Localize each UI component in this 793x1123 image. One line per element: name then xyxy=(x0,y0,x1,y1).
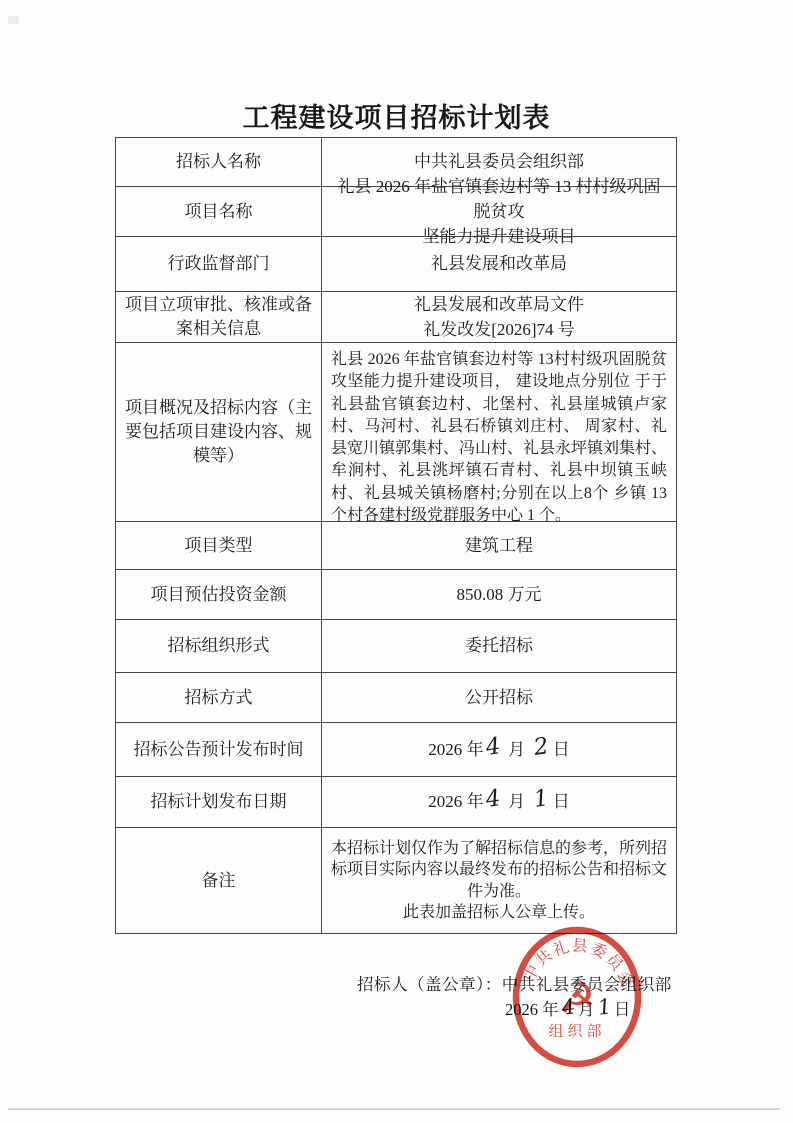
row-value: 850.08 万元 xyxy=(322,570,676,619)
row-label: 项目类型 xyxy=(116,522,322,569)
remarks-paragraph: 本招标计划仅作为了解招标信息的参考，所列招标项目实际内容以最终发布的招标公告和招… xyxy=(330,838,668,903)
row-label: 招标人名称 xyxy=(116,138,322,186)
value-line: 礼县 2026 年盐官镇套边村等 13 村村级巩固脱贫攻 xyxy=(330,174,668,224)
scan-edge-line xyxy=(8,1108,780,1110)
table-row-investment: 项目预估投资金额 850.08 万元 xyxy=(116,570,676,620)
row-value: 礼县发展和改革局 xyxy=(322,237,676,291)
date-month-unit: 月 xyxy=(508,740,525,759)
handwritten-day: 2 xyxy=(533,736,550,758)
row-label: 备注 xyxy=(116,828,322,933)
table-row-overview: 项目概况及招标内容（主要包括项目建设内容、规模等） 礼县 2026 年盐官镇套边… xyxy=(116,343,676,522)
row-label: 招标组织形式 xyxy=(116,620,322,672)
table-row-bid-method: 招标方式 公开招标 xyxy=(116,673,676,723)
row-label: 项目概况及招标内容（主要包括项目建设内容、规模等） xyxy=(116,343,322,521)
row-label: 行政监督部门 xyxy=(116,237,322,291)
handwritten-month: 4 xyxy=(485,788,502,810)
row-value: 礼县发展和改革局文件 礼发改发[2026]74 号 xyxy=(322,292,676,342)
row-value: 建筑工程 xyxy=(322,522,676,569)
remarks-paragraph: 此表加盖招标人公章上传。 xyxy=(403,902,595,924)
table-row-remarks: 备注 本招标计划仅作为了解招标信息的参考，所列招标项目实际内容以最终发布的招标公… xyxy=(116,828,676,933)
table-row-plan-date: 招标计划发布日期 2026 年4月1日 xyxy=(116,777,676,828)
row-value: 2026 年4月2日 xyxy=(322,723,676,776)
row-value: 礼县 2026 年盐官镇套边村等 13村村级巩固脱贫攻坚能力提升建设项目， 建设… xyxy=(322,343,676,521)
handwritten-day: 1 xyxy=(533,788,550,810)
date-month-unit: 月 xyxy=(508,792,525,811)
row-value: 本招标计划仅作为了解招标信息的参考，所列招标项目实际内容以最终发布的招标公告和招… xyxy=(322,828,676,933)
seal-bottom-text: 组织部 xyxy=(548,1023,605,1040)
handwritten-day: 1 xyxy=(596,996,612,1018)
row-label: 项目预估投资金额 xyxy=(116,570,322,619)
row-value: 公开招标 xyxy=(322,673,676,722)
date-composite: 2026 年4月2日 xyxy=(428,738,570,762)
value-line: 礼县发展和改革局文件 xyxy=(414,292,584,317)
row-label: 项目名称 xyxy=(116,187,322,236)
signer-line: 招标人（盖公章）：中共礼县委员会组织部 xyxy=(357,971,672,995)
handwritten-month: 4 xyxy=(485,736,502,758)
date-day-unit: 日 xyxy=(614,1000,631,1019)
date-day-unit: 日 xyxy=(553,740,570,759)
row-label: 招标方式 xyxy=(116,673,322,722)
table-row-announce-time: 招标公告预计发布时间 2026 年4月2日 xyxy=(116,723,676,777)
row-label: 项目立项审批、核准或备案相关信息 xyxy=(116,292,322,342)
table-row-project-name: 项目名称 礼县 2026 年盐官镇套边村等 13 村村级巩固脱贫攻 坚能力提升建… xyxy=(116,187,676,237)
date-year: 2026 年 xyxy=(505,1000,559,1019)
table-row-supervisor: 行政监督部门 礼县发展和改革局 xyxy=(116,237,676,292)
row-value: 礼县 2026 年盐官镇套边村等 13 村村级巩固脱贫攻 坚能力提升建设项目 xyxy=(322,187,676,236)
signature-date: 2026 年4月1日 xyxy=(505,996,630,1020)
date-day-unit: 日 xyxy=(553,792,570,811)
date-year: 2026 年 xyxy=(428,792,483,811)
row-value: 委托招标 xyxy=(322,620,676,672)
row-label: 招标公告预计发布时间 xyxy=(116,723,322,776)
table-row-project-type: 项目类型 建筑工程 xyxy=(116,522,676,570)
scan-smudge xyxy=(8,16,19,24)
row-value: 2026 年4月1日 xyxy=(322,777,676,827)
row-label: 招标计划发布日期 xyxy=(116,777,322,827)
value-line: 礼发改发[2026]74 号 xyxy=(423,317,575,342)
table-row-approval-info: 项目立项审批、核准或备案相关信息 礼县发展和改革局文件 礼发改发[2026]74… xyxy=(116,292,676,343)
tender-plan-table: 招标人名称 中共礼县委员会组织部 项目名称 礼县 2026 年盐官镇套边村等 1… xyxy=(115,137,677,934)
date-composite: 2026 年4月1日 xyxy=(428,790,570,814)
page-title: 工程建设项目招标计划表 xyxy=(0,96,793,135)
handwritten-month: 4 xyxy=(560,996,576,1018)
table-row-org-form: 招标组织形式 委托招标 xyxy=(116,620,676,673)
date-year: 2026 年 xyxy=(428,740,483,759)
date-month-unit: 月 xyxy=(578,1000,595,1019)
